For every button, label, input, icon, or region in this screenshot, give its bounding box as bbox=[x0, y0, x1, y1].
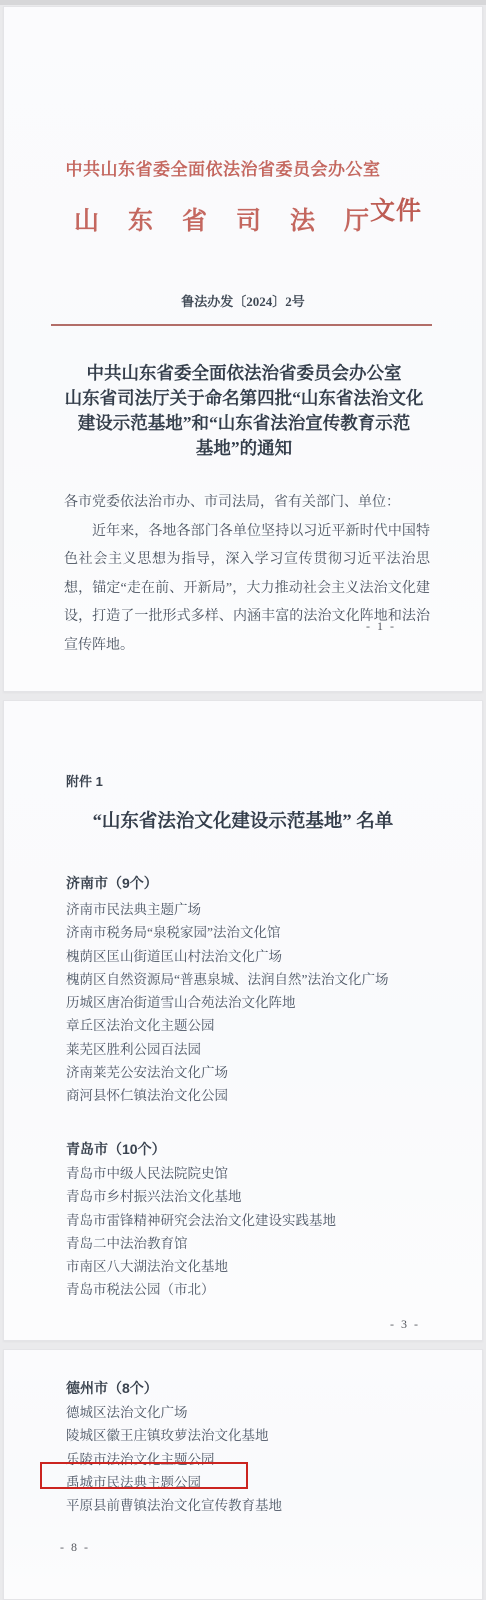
list-item: 历城区唐冶街道雪山合苑法治文化阵地 bbox=[66, 991, 452, 1014]
list-item: 陵城区徽王庄镇玫萝法治文化基地 bbox=[66, 1424, 452, 1447]
list-item: 槐荫区自然资源局“普惠泉城、法润自然”法治文化广场 bbox=[66, 968, 452, 991]
document-title-line: 中共山东省委全面依法治省委员会办公室 bbox=[44, 361, 444, 386]
document-page-1: 中共山东省委全面依法治省委员会办公室 山东省司法厅 文件 鲁法办发〔2024〕2… bbox=[3, 6, 483, 692]
document-title-line: 建设示范基地”和“山东省法治宣传教育示范 bbox=[44, 411, 444, 436]
page-number: - 8 - bbox=[60, 1540, 90, 1555]
list-item: 济南市民法典主题广场 bbox=[66, 898, 452, 921]
list-item: 济南市税务局“泉税家园”法治文化馆 bbox=[66, 921, 452, 944]
page-number: - 3 - bbox=[390, 1317, 420, 1332]
letterhead-document-word: 文件 bbox=[370, 191, 422, 227]
list-item: 平原县前曹镇法治文化宣传教育基地 bbox=[66, 1494, 452, 1517]
red-divider-line bbox=[51, 324, 432, 326]
document-paragraph: 近年来，各地各部门各单位坚持以习近平新时代中国特色社会主义思想为指导，深入学习宣… bbox=[64, 518, 430, 661]
scan-top-edge bbox=[0, 0, 486, 5]
red-highlight-box bbox=[40, 1462, 248, 1489]
list-item: 青岛市税法公园（市北） bbox=[66, 1278, 452, 1301]
document-body: 各市党委依法治市办、市司法局，省有关部门、单位： 近年来，各地各部门各单位坚持以… bbox=[64, 489, 430, 660]
attachment-list-title: “山东省法治文化建设示范基地” 名单 bbox=[4, 807, 482, 833]
document-salutation: 各市党委依法治市办、市司法局，省有关部门、单位： bbox=[64, 489, 430, 518]
city-section-header-dezhou: 德州市（8个） bbox=[66, 1378, 158, 1398]
list-item: 槐荫区匡山街道匡山村法治文化广场 bbox=[66, 945, 452, 968]
city-item-list-dezhou: 德城区法治文化广场陵城区徽王庄镇玫萝法治文化基地乐陵市法治文化主题公园禹城市民法… bbox=[66, 1401, 452, 1517]
list-item: 市南区八大湖法治文化基地 bbox=[66, 1255, 452, 1278]
list-item: 商河县怀仁镇法治文化公园 bbox=[66, 1084, 452, 1107]
city-section-header-jinan: 济南市（9个） bbox=[66, 873, 158, 893]
list-item: 青岛二中法治教育馆 bbox=[66, 1232, 452, 1255]
list-item: 青岛市乡村振兴法治文化基地 bbox=[66, 1185, 452, 1208]
attachment-label: 附件 1 bbox=[66, 771, 103, 790]
letterhead-issuer-line-2: 山东省司法厅 bbox=[58, 201, 414, 237]
city-section-header-qingdao: 青岛市（10个） bbox=[66, 1139, 166, 1159]
list-item: 莱芜区胜利公园百法园 bbox=[66, 1038, 452, 1061]
list-item: 青岛市雷锋精神研究会法治文化建设实践基地 bbox=[66, 1209, 452, 1232]
list-item: 德城区法治文化广场 bbox=[66, 1401, 452, 1424]
letterhead-issuer-line-1: 中共山东省委全面依法治省委员会办公室 bbox=[58, 155, 388, 180]
document-reference-number: 鲁法办发〔2024〕2号 bbox=[4, 291, 482, 310]
list-item: 济南莱芜公安法治文化广场 bbox=[66, 1061, 452, 1084]
document-page-3: 德州市（8个） 德城区法治文化广场陵城区徽王庄镇玫萝法治文化基地乐陵市法治文化主… bbox=[3, 1349, 483, 1600]
document-title: 中共山东省委全面依法治省委员会办公室 山东省司法厅关于命名第四批“山东省法治文化… bbox=[44, 361, 444, 461]
document-page-2: 附件 1 “山东省法治文化建设示范基地” 名单 济南市（9个） 济南市民法典主题… bbox=[3, 700, 483, 1341]
scanned-document-view: 中共山东省委全面依法治省委员会办公室 山东省司法厅 文件 鲁法办发〔2024〕2… bbox=[0, 0, 486, 1600]
document-title-line: 基地”的通知 bbox=[44, 436, 444, 461]
list-item: 章丘区法治文化主题公园 bbox=[66, 1014, 452, 1037]
list-item: 青岛市中级人民法院院史馆 bbox=[66, 1162, 452, 1185]
page-number: - 1 - bbox=[366, 619, 396, 634]
city-item-list-qingdao: 青岛市中级人民法院院史馆青岛市乡村振兴法治文化基地青岛市雷锋精神研究会法治文化建… bbox=[66, 1162, 452, 1302]
document-title-line: 山东省司法厅关于命名第四批“山东省法治文化 bbox=[44, 386, 444, 411]
city-item-list-jinan: 济南市民法典主题广场济南市税务局“泉税家园”法治文化馆槐荫区匡山街道匡山村法治文… bbox=[66, 898, 452, 1108]
